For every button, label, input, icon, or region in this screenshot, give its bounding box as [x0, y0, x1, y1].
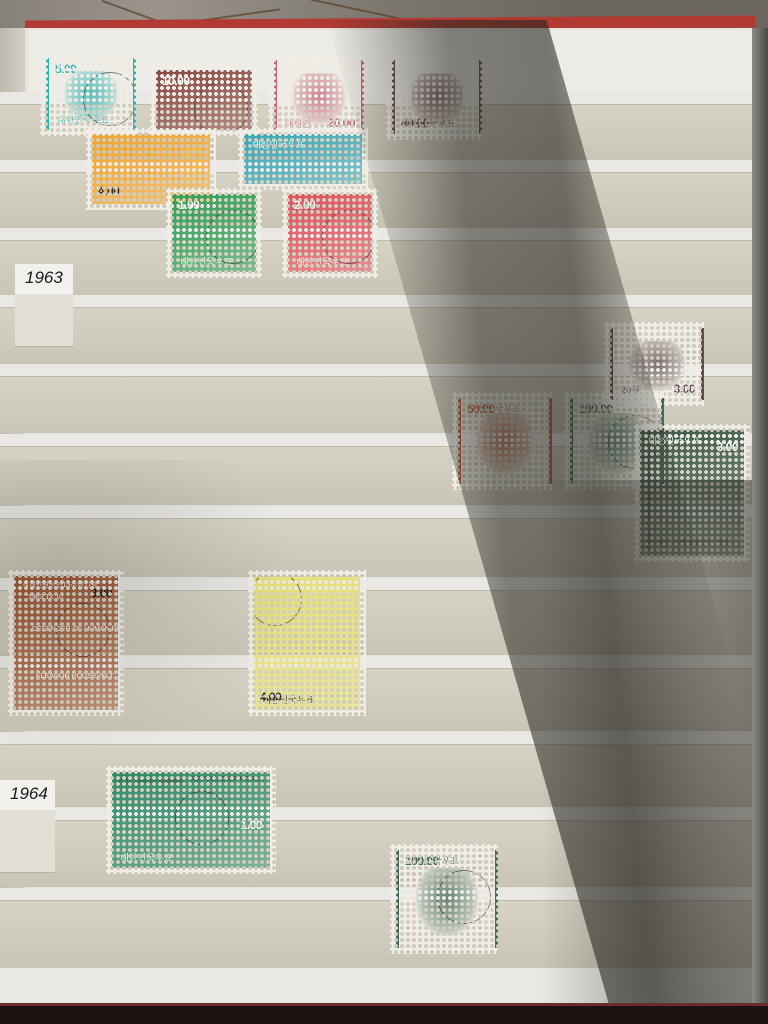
album-right-edge — [752, 28, 768, 1008]
stamp-design: 4.00대한민국우표 — [254, 576, 360, 710]
stamp-design: 50.00대한민국우표 — [458, 398, 552, 484]
stamp-vase: 5.00대한민국우표 — [40, 52, 136, 136]
year-label-1963-tab — [15, 294, 73, 347]
strip-gap — [0, 888, 755, 900]
stamp-denomination: 3.00 — [717, 440, 738, 454]
year-label-1963: 1963 — [15, 264, 73, 294]
postmark-cancellation — [175, 791, 229, 845]
album-strip — [0, 900, 755, 969]
stamp-inscription: 대한민국우표 — [262, 693, 314, 706]
stamp-design: 3.0020원 — [610, 328, 704, 400]
stamp-inscription: 세계인권선언15주년기념 — [22, 580, 97, 590]
strip-gap — [0, 968, 755, 1004]
stamp-abu-simbel: 3.00대한민국우표REPUBLIC OF KOREA 1963.6누비아 유적… — [634, 424, 750, 562]
crack — [311, 0, 399, 19]
postmark-cancellation — [206, 210, 256, 264]
stamp-statue: 100.00대한민국우표 — [390, 844, 498, 954]
stamp-design: 대한민국우표 — [244, 134, 362, 184]
stamp-landscape: 대한민국우표 — [238, 128, 368, 190]
stamp-header: REPUBLIC OF KOREA — [191, 776, 264, 783]
table-bottom — [0, 1006, 768, 1024]
stamp-footer: ELEANOR ROOSEVELT — [36, 673, 114, 680]
stamp-inscription: 5 — [181, 142, 200, 181]
stamp-design: 2.00대한민국우표 — [288, 194, 372, 272]
stamp-caption: 비원 (Secret Garden) — [118, 776, 184, 786]
stamp-inscription: 대한민국우표 — [120, 851, 172, 864]
stamp-design: 10.00 — [156, 70, 252, 130]
stamp-denomination: 10.00 — [162, 74, 190, 88]
stamp-deer: 50.00대한민국우표 — [452, 392, 552, 490]
stamp-date: 1963.12.10 — [28, 594, 63, 601]
stamp-design: 100.00대한민국우표 — [396, 850, 498, 948]
postmark-cancellation — [437, 870, 491, 924]
postmark-cancellation — [254, 576, 302, 626]
stamp-building: 40.00대한민국우표 — [386, 54, 482, 140]
stamp-snail: 2.00대한민국우표 — [282, 188, 378, 278]
stamp-design: 5.00대한민국우표 — [46, 58, 136, 130]
stamp-denomination: 100.00 — [579, 402, 613, 416]
year-label-1964: 1964 — [0, 780, 55, 810]
postmark-cancellation — [194, 82, 248, 130]
stamp-garden: 1.00대한민국우표REPUBLIC OF KOREA비원 (Secret Ga… — [106, 766, 276, 874]
year-label-1964-tab — [0, 810, 55, 873]
stamp-denomination: 2.00 — [294, 198, 315, 212]
stamp-denomination: 1.00 — [178, 198, 199, 212]
stamp-inscription: 대한민국우표 — [252, 138, 304, 151]
stamp-bee: 1.00대한민국우표 — [166, 188, 262, 278]
stamp-denomination: 4.00 — [98, 184, 119, 198]
stamp-inscription: 대한민국우표 — [407, 854, 459, 867]
stamp-design: 1.00대한민국우표 — [172, 194, 256, 272]
stamp-design: 1.00대한민국우표REPUBLIC OF KOREA비원 (Secret Ga… — [112, 772, 270, 868]
stamp-dancer: 4.00대한민국우표 — [248, 570, 366, 716]
stamp-denomination: 1.00 — [241, 818, 262, 832]
strip-gap — [0, 732, 755, 744]
stamp-inscription: 대한민국우표 — [403, 117, 455, 130]
stamp-denomination: 5.00 — [55, 62, 76, 76]
stamp-design: 3.00대한민국우표REPUBLIC OF KOREA 1963.6누비아 유적… — [640, 430, 744, 556]
strip-gap — [0, 295, 755, 307]
stamp-design: 3.00세계인권선언15주년기념DEFENDER OF HUMAN RIGHTS… — [14, 576, 118, 710]
stamp-footer: 누비아 유적 보호운동기념 — [650, 538, 728, 548]
stamp-inscription: 대한민국우표 — [648, 434, 700, 447]
stamp-album-photo: 1963 1964 5.00대한민국우표10.0020.00대한민40.00대한… — [0, 0, 768, 1024]
stamp-human-rights: 3.00세계인권선언15주년기념DEFENDER OF HUMAN RIGHTS… — [8, 570, 124, 716]
stamp-design: 40.00대한민국우표 — [392, 60, 482, 134]
stamp-artwork — [477, 413, 533, 473]
stamp-emblem: 10.00 — [150, 64, 258, 136]
postmark-cancellation — [322, 210, 372, 264]
stamp-denomination: 3.00 — [674, 382, 695, 396]
stamp-caption: REPUBLIC OF KOREA 1963.6 — [644, 454, 651, 550]
stamp-inscription: 대한민국우표 — [469, 402, 521, 415]
postmark-cancellation — [83, 72, 136, 126]
postmark-cancellation — [56, 603, 110, 657]
stamp-design: 20.00대한민 — [274, 60, 364, 134]
